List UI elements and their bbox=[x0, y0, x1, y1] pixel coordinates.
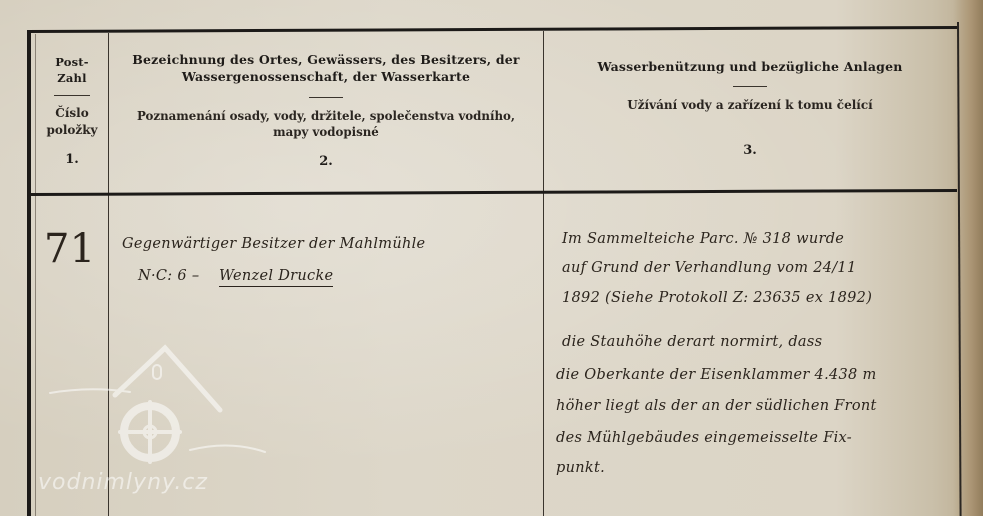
header-1-separator bbox=[54, 95, 90, 96]
header-3-number: 3. bbox=[545, 143, 955, 158]
header-2-czech-line2: mapy vodopisné bbox=[110, 124, 542, 140]
header-column-2: Bezeichnung des Ortes, Gewässers, des Be… bbox=[110, 51, 542, 169]
header-2-czech-line1: Poznamenání osady, vody, držitele, spole… bbox=[110, 108, 542, 124]
water-use-line-1: Im Sammelteiche Parc. № 318 wurde bbox=[562, 231, 844, 247]
header-bottom-rule bbox=[31, 189, 957, 196]
table-frame-top bbox=[28, 26, 958, 33]
row-conscription-number: N·C: 6 – bbox=[138, 268, 199, 284]
header-column-3: Wasserbenützung und bezügliche Anlagen U… bbox=[545, 58, 955, 158]
water-use-line-2: auf Grund der Verhandlung vom 24/11 bbox=[562, 260, 856, 276]
row-owner-name: Wenzel Drucke bbox=[219, 268, 333, 287]
header-2-german-line1: Bezeichnung des Ortes, Gewässers, des Be… bbox=[110, 51, 542, 68]
row-description-line2: N·C: 6 – Wenzel Drucke bbox=[138, 268, 333, 284]
header-3-czech: Užívání vody a zařízení k tomu čelící bbox=[545, 97, 955, 113]
water-use-line-3: 1892 (Siehe Protokoll Z: 23635 ex 1892) bbox=[562, 290, 872, 306]
water-use-line-5: die Oberkante der Eisenklammer 4.438 m bbox=[556, 367, 877, 383]
water-use-line-6: höher liegt als der an der südlichen Fro… bbox=[556, 398, 877, 414]
document-page: Post- Zahl Číslo položky 1. Bezeichnung … bbox=[0, 0, 983, 516]
header-column-1: Post- Zahl Číslo položky 1. bbox=[36, 54, 108, 167]
watermark-text: vodnimlyny.cz bbox=[38, 470, 208, 495]
row-item-number: 71 bbox=[44, 226, 96, 272]
water-use-line-7: des Mühlgebäudes eingemeisselte Fix- bbox=[556, 430, 852, 446]
header-2-number: 2. bbox=[110, 154, 542, 169]
table-frame-left bbox=[27, 30, 31, 516]
header-3-german: Wasserbenützung und bezügliche Anlagen bbox=[545, 58, 955, 76]
header-1-czech-line2: položky bbox=[36, 122, 108, 139]
water-use-line-8: punkt. bbox=[556, 460, 605, 476]
water-use-line-4: die Stauhöhe derart normirt, dass bbox=[562, 334, 822, 350]
header-2-separator bbox=[309, 97, 343, 98]
header-1-czech-line1: Číslo bbox=[36, 105, 108, 122]
column-divider-2 bbox=[543, 31, 544, 516]
header-1-german-line2: Zahl bbox=[36, 70, 108, 86]
header-2-german-line2: Wassergenossenschaft, der Wasserkarte bbox=[110, 68, 542, 85]
header-1-number: 1. bbox=[36, 152, 108, 167]
header-1-german-line1: Post- bbox=[36, 54, 108, 70]
row-description-line1: Gegenwärtiger Besitzer der Mahlmühle bbox=[122, 236, 425, 252]
header-3-separator bbox=[733, 86, 767, 87]
